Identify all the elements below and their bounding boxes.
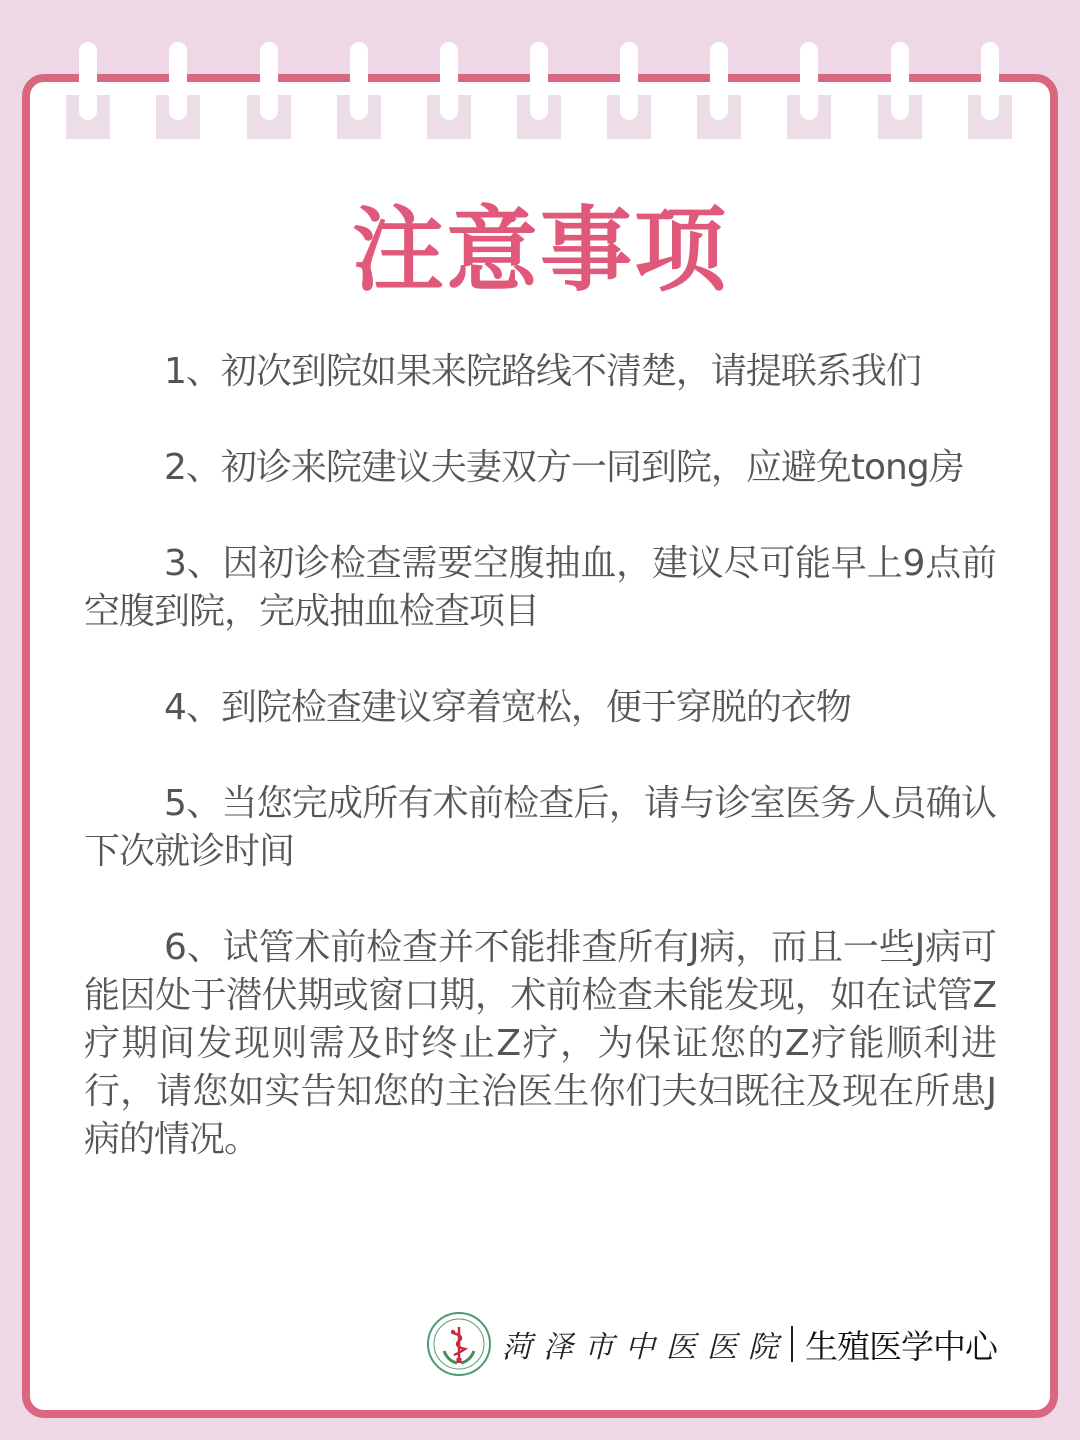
binding-ring — [620, 42, 638, 120]
binding-ring — [530, 42, 548, 120]
binding-ring — [79, 42, 97, 120]
binding-ring — [891, 42, 909, 120]
notice-list: 1、初次到院如果来院路线不清楚，请提联系我们 2、初诊来院建议夫妻双方一同到院，… — [84, 348, 996, 1212]
footer-divider — [791, 1326, 793, 1362]
notice-item-4: 4、到院检查建议穿着宽松，便于穿脱的衣物 — [84, 684, 996, 732]
hospital-emblem-icon — [426, 1311, 492, 1377]
notice-item-6: 6、试管术前检查并不能排查所有J病，而且一些J病可能因处于潜伏期或窗口期，术前检… — [84, 924, 996, 1164]
notice-item-2: 2、初诊来院建议夫妻双方一同到院，应避免tong房 — [84, 444, 996, 492]
binding-ring — [981, 42, 999, 120]
notice-item-3: 3、因初诊检查需要空腹抽血，建议尽可能早上9点前空腹到院，完成抽血检查项目 — [84, 540, 996, 636]
notice-item-5: 5、当您完成所有术前检查后，请与诊室医务人员确认下次就诊时间 — [84, 780, 996, 876]
binding-ring — [800, 42, 818, 120]
page-title: 注意事项 — [0, 196, 1080, 306]
notice-item-1: 1、初次到院如果来院路线不清楚，请提联系我们 — [84, 348, 996, 396]
hospital-name: 菏泽市中医医院 — [502, 1322, 789, 1366]
department-name: 生殖医学中心 — [805, 1321, 997, 1368]
hospital-footer: 菏泽市中医医院 生殖医学中心 — [426, 1310, 997, 1378]
binding-ring — [710, 42, 728, 120]
binding-ring — [260, 42, 278, 120]
binding-ring — [440, 42, 458, 120]
binding-ring — [169, 42, 187, 120]
binding-ring — [350, 42, 368, 120]
